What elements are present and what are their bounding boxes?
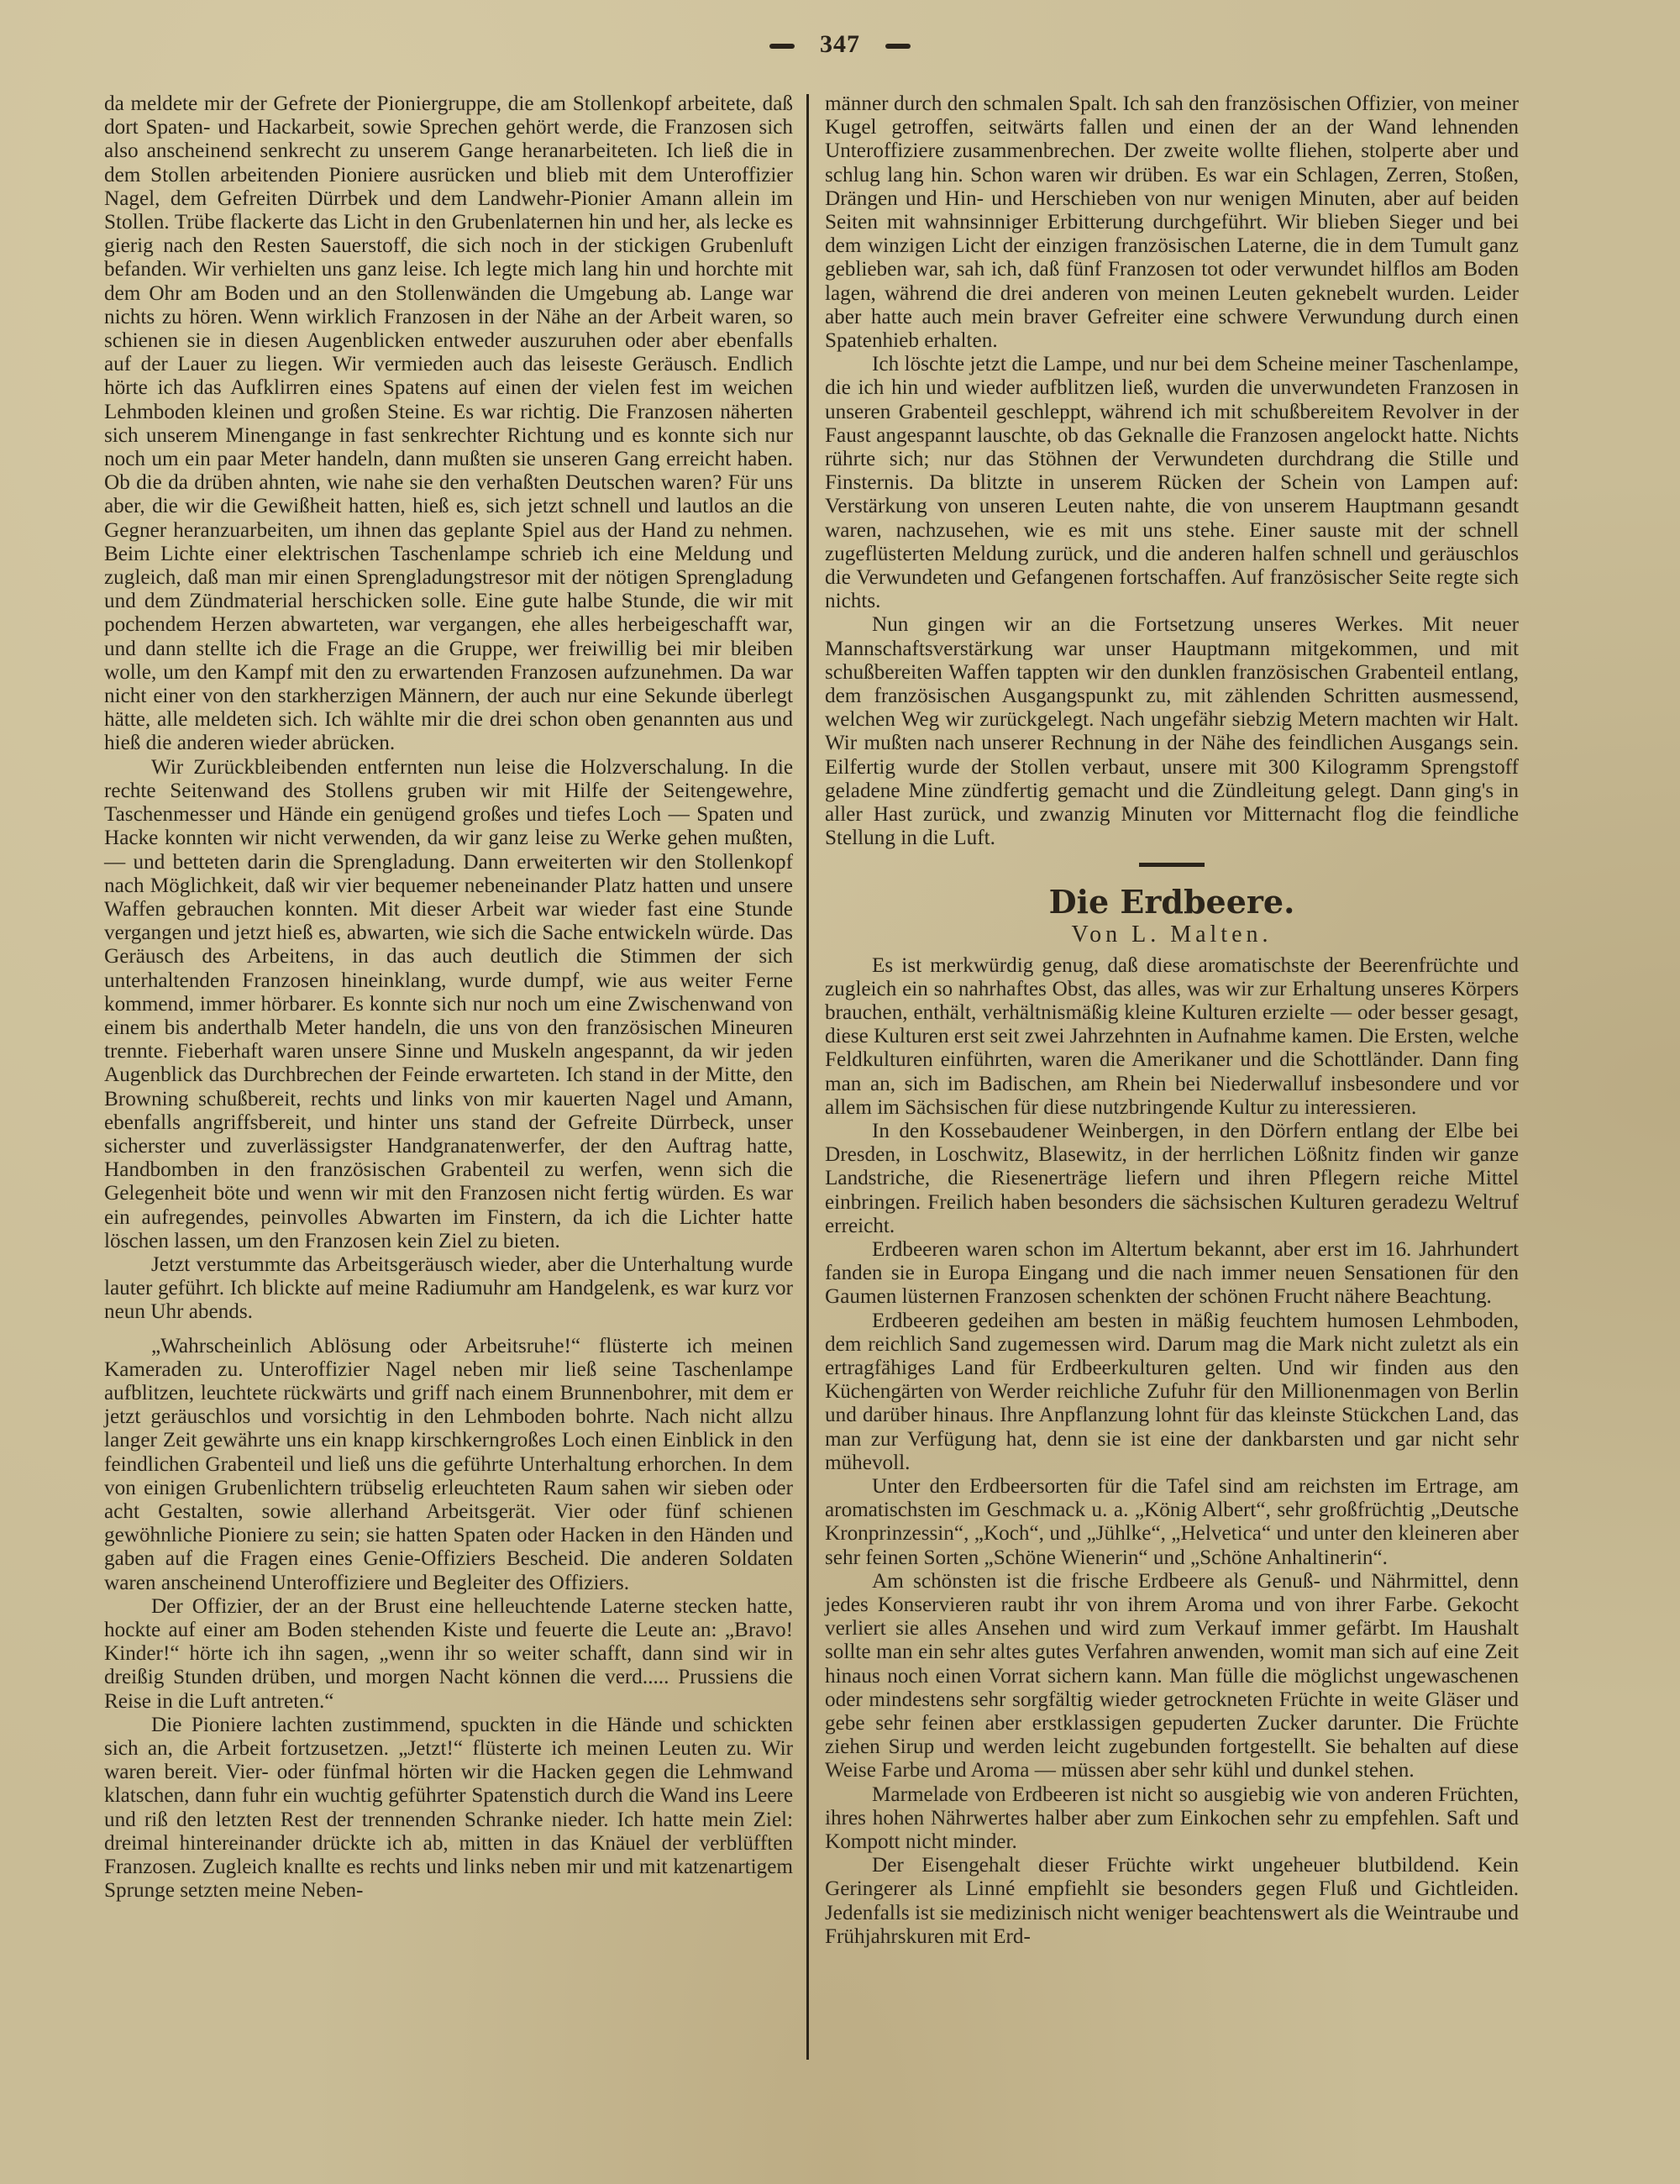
paragraph: Der Offizier, der an der Brust eine hell… xyxy=(104,1595,793,1714)
paragraph: Marmelade von Erdbeeren ist nicht so aus… xyxy=(825,1783,1519,1855)
dash-left xyxy=(769,44,795,49)
paragraph: da meldete mir der Gefrete der Pioniergr… xyxy=(104,92,793,756)
dash-right xyxy=(885,44,911,49)
page-number-text: 347 xyxy=(820,30,860,58)
paragraph: Am schönsten ist die frische Erdbeere al… xyxy=(825,1570,1519,1783)
article-byline: Von L. Malten. xyxy=(825,921,1519,949)
paragraph: Ich löschte jetzt die Lampe, und nur bei… xyxy=(825,353,1519,613)
paragraph: Es ist merkwürdig genug, daß diese aroma… xyxy=(825,954,1519,1120)
page-number: 347 xyxy=(0,30,1680,59)
article-title: Die Erdbeere. xyxy=(825,884,1519,921)
left-column: da meldete mir der Gefrete der Pioniergr… xyxy=(104,92,793,1903)
paragraph: Der Eisengehalt dieser Früchte wirkt ung… xyxy=(825,1854,1519,1949)
paragraph: Jetzt verstummte das Arbeitsgeräusch wie… xyxy=(104,1253,793,1325)
paragraph: Die Pioniere lachten zustimmend, spuckte… xyxy=(104,1714,793,1903)
paragraph: Erdbeeren waren schon im Altertum bekann… xyxy=(825,1238,1519,1310)
column-divider xyxy=(806,94,809,2060)
paragraph: Wir Zurückbleibenden entfernten nun leis… xyxy=(104,756,793,1253)
right-column: männer durch den schmalen Spalt. Ich sah… xyxy=(825,92,1519,1949)
paragraph: „Wahrscheinlich Ablösung oder Arbeitsruh… xyxy=(104,1335,793,1595)
paragraph: Unter den Erdbeersorten für die Tafel si… xyxy=(825,1475,1519,1570)
section-divider xyxy=(1139,863,1205,867)
paragraph: In den Kossebaudener Weinbergen, in den … xyxy=(825,1120,1519,1238)
paragraph: Nun gingen wir an die Fortsetzung unsere… xyxy=(825,613,1519,850)
paragraph: männer durch den schmalen Spalt. Ich sah… xyxy=(825,92,1519,353)
paragraph: Erdbeeren gedeihen am besten in mäßig fe… xyxy=(825,1310,1519,1475)
